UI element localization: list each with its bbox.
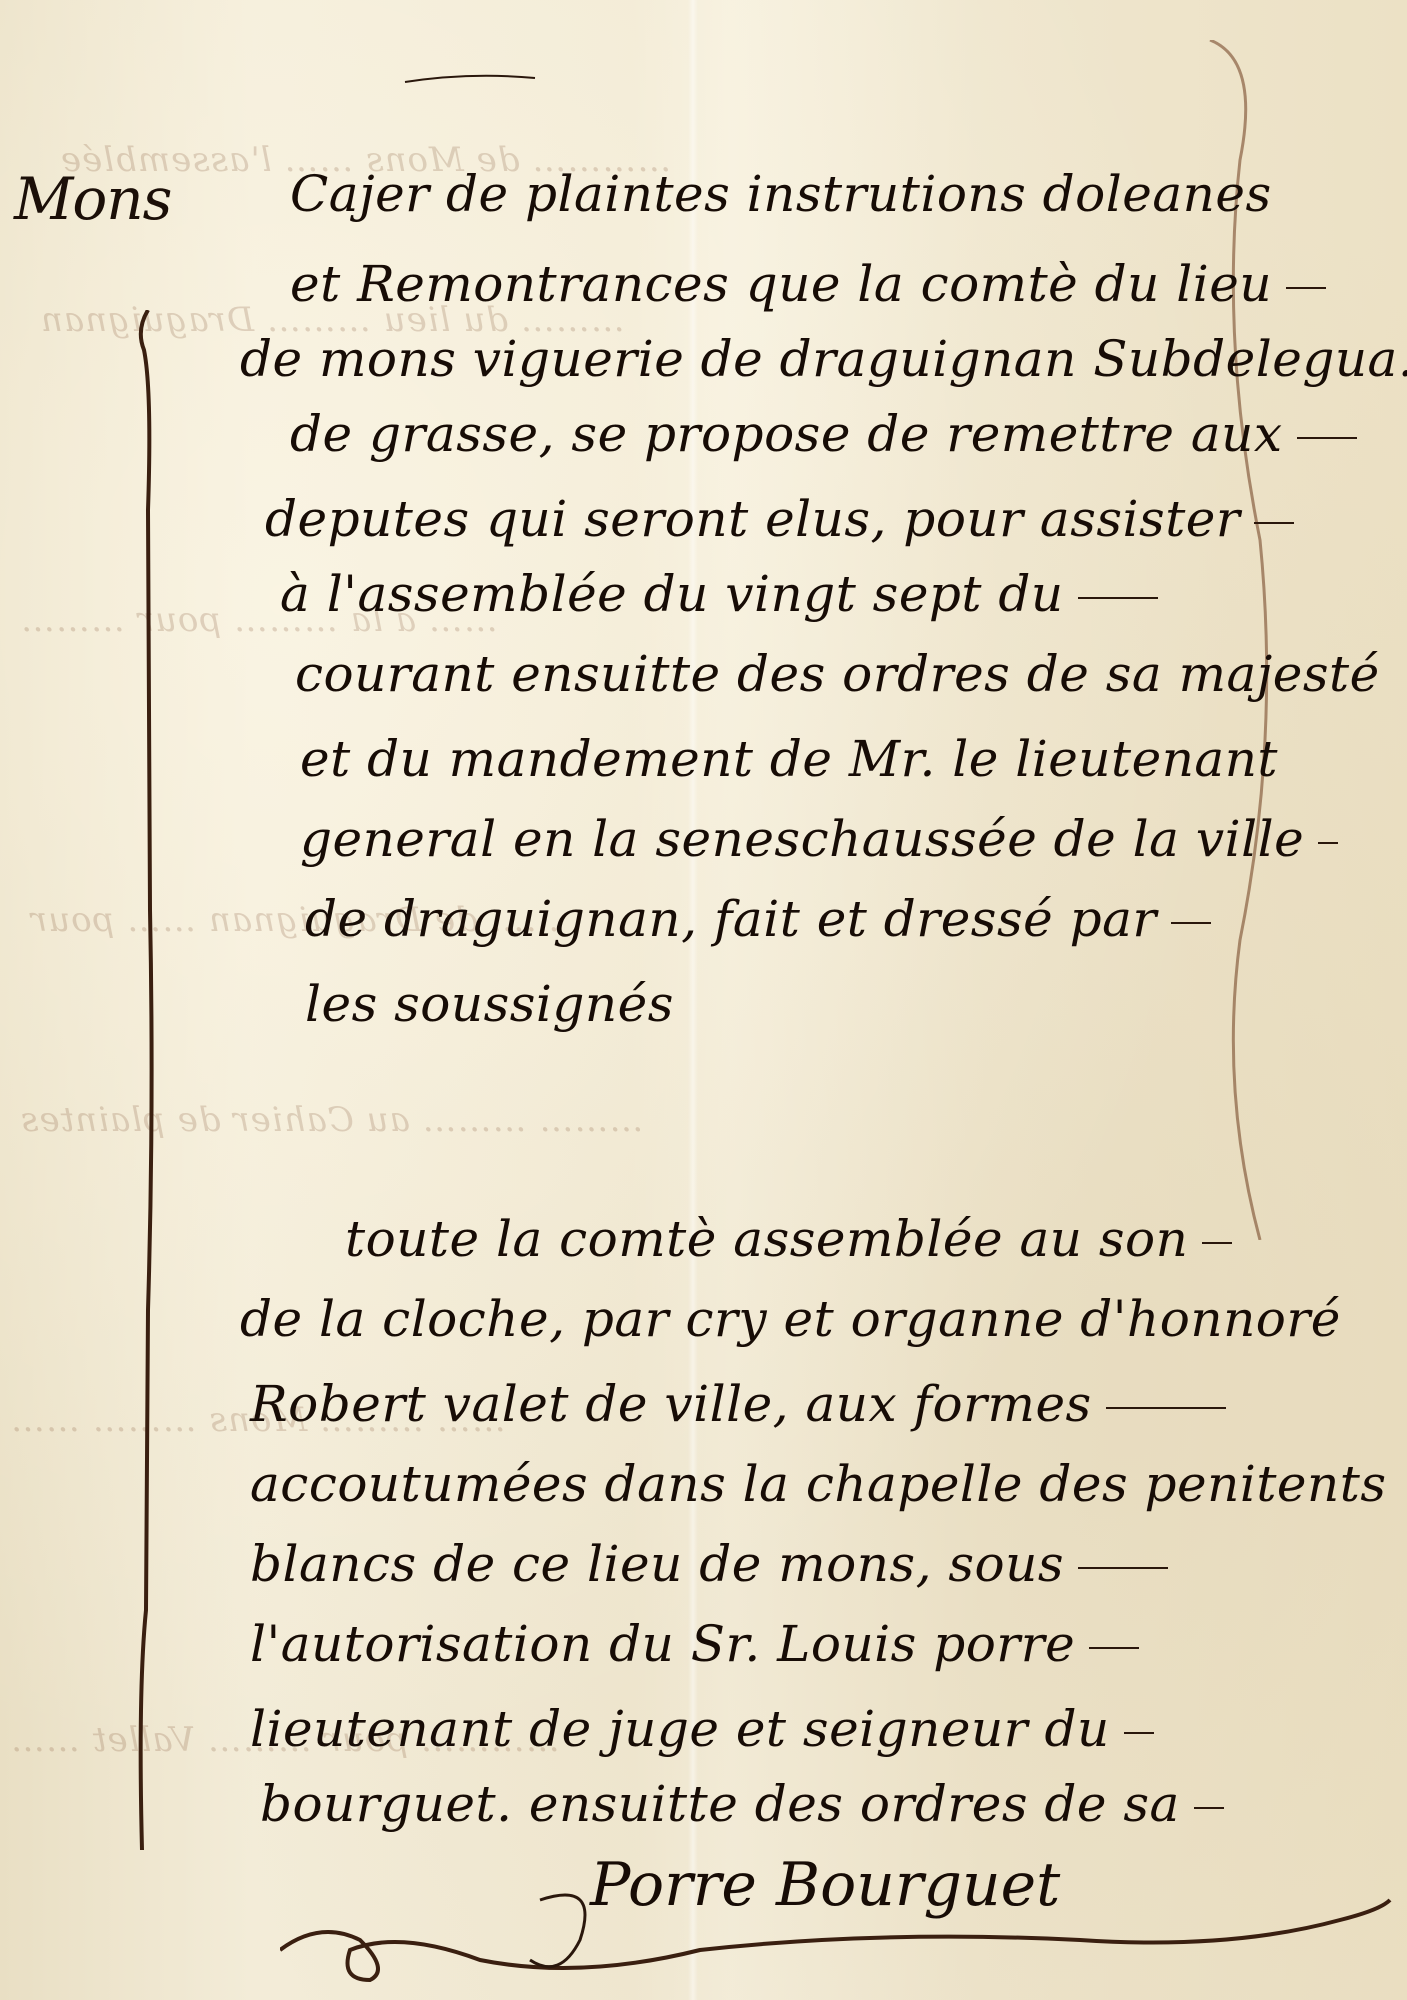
line-text: de grasse, se propose de remettre aux	[290, 405, 1283, 463]
paragraph-1-line-11: les soussignés	[305, 975, 674, 1033]
margin-bracket-rule	[130, 310, 160, 1850]
line-text: et du mandement de Mr. le lieutenant	[300, 730, 1278, 788]
manuscript-page: ………… de Mons …… l'assemblée ……… du lieu …	[0, 0, 1407, 2000]
paragraph-1-line-6: à l'assemblée du vingt sept du	[280, 565, 1158, 623]
paragraph-1-line-2: et Remontrances que la comtè du lieu	[290, 255, 1326, 313]
paragraph-2-line-6: l'autorisation du Sr. Louis porre	[250, 1615, 1139, 1673]
line-fill-dash	[1089, 1647, 1139, 1649]
line-text: courant ensuitte des ordres de sa majest…	[295, 645, 1380, 703]
line-fill-dash	[1202, 1242, 1232, 1244]
paragraph-2-line-5: blancs de ce lieu de mons, sous	[250, 1535, 1168, 1593]
line-text: blancs de ce lieu de mons, sous	[250, 1535, 1064, 1593]
paragraph-2-line-7: lieutenant de juge et seigneur du	[250, 1700, 1154, 1758]
line-text: lieutenant de juge et seigneur du	[250, 1700, 1110, 1758]
line-text: toute la comtè assemblée au son	[345, 1210, 1188, 1268]
line-fill-dash	[1254, 522, 1294, 524]
line-fill-dash	[1194, 1807, 1224, 1809]
line-text: les soussignés	[305, 975, 674, 1033]
bleed-through-text: ……… ……… au Cahier de plaintes	[20, 1100, 643, 1140]
line-fill-dash	[1106, 1407, 1226, 1409]
paragraph-1-line-10: de draguignan, fait et dressé par	[305, 890, 1211, 948]
line-text: de draguignan, fait et dressé par	[305, 890, 1157, 948]
line-text: Cajer de plaintes instrutions doleanes	[290, 165, 1272, 223]
line-fill-dash	[1318, 842, 1338, 844]
paragraph-1-line-8: et du mandement de Mr. le lieutenant	[300, 730, 1278, 788]
line-fill-dash	[1124, 1732, 1154, 1734]
line-text: bourguet. ensuitte des ordres de sa	[260, 1775, 1180, 1833]
line-text: deputes qui seront elus, pour assister	[265, 490, 1240, 548]
line-fill-dash	[1171, 922, 1211, 924]
paragraph-2-line-1: toute la comtè assemblée au son	[345, 1210, 1232, 1268]
line-text: general en la seneschaussée de la ville	[300, 810, 1304, 868]
paragraph-1-line-4: de grasse, se propose de remettre aux	[290, 405, 1357, 463]
ink-mark	[400, 70, 540, 90]
paragraph-1-line-7: courant ensuitte des ordres de sa majest…	[295, 645, 1380, 703]
line-fill-dash	[1297, 437, 1357, 439]
line-text: et Remontrances que la comtè du lieu	[290, 255, 1272, 313]
paragraph-2-line-8: bourguet. ensuitte des ordres de sa	[260, 1775, 1224, 1833]
signature-paraph-flourish	[280, 1880, 1400, 1990]
paragraph-2-line-4: accoutumées dans la chapelle des peniten…	[250, 1455, 1386, 1513]
margin-label-place-name: Mons	[14, 165, 171, 233]
line-text: à l'assemblée du vingt sept du	[280, 565, 1064, 623]
line-fill-dash	[1286, 287, 1326, 289]
paragraph-2-line-2: de la cloche, par cry et organne d'honno…	[240, 1290, 1341, 1348]
paragraph-2-line-3: Robert valet de ville, aux formes	[250, 1375, 1226, 1433]
line-text: de la cloche, par cry et organne d'honno…	[240, 1290, 1341, 1348]
paragraph-1-line-1: Cajer de plaintes instrutions doleanes	[290, 165, 1272, 223]
line-text: Robert valet de ville, aux formes	[250, 1375, 1092, 1433]
line-text: accoutumées dans la chapelle des peniten…	[250, 1455, 1386, 1513]
line-text: de mons viguerie de draguignan Subdelegu…	[240, 330, 1407, 388]
line-text: l'autorisation du Sr. Louis porre	[250, 1615, 1075, 1673]
line-fill-dash	[1078, 597, 1158, 599]
paragraph-1-line-9: general en la seneschaussée de la ville	[300, 810, 1338, 868]
paragraph-1-line-5: deputes qui seront elus, pour assister	[265, 490, 1294, 548]
line-fill-dash	[1078, 1567, 1168, 1569]
paragraph-1-line-3: de mons viguerie de draguignan Subdelegu…	[240, 330, 1407, 388]
